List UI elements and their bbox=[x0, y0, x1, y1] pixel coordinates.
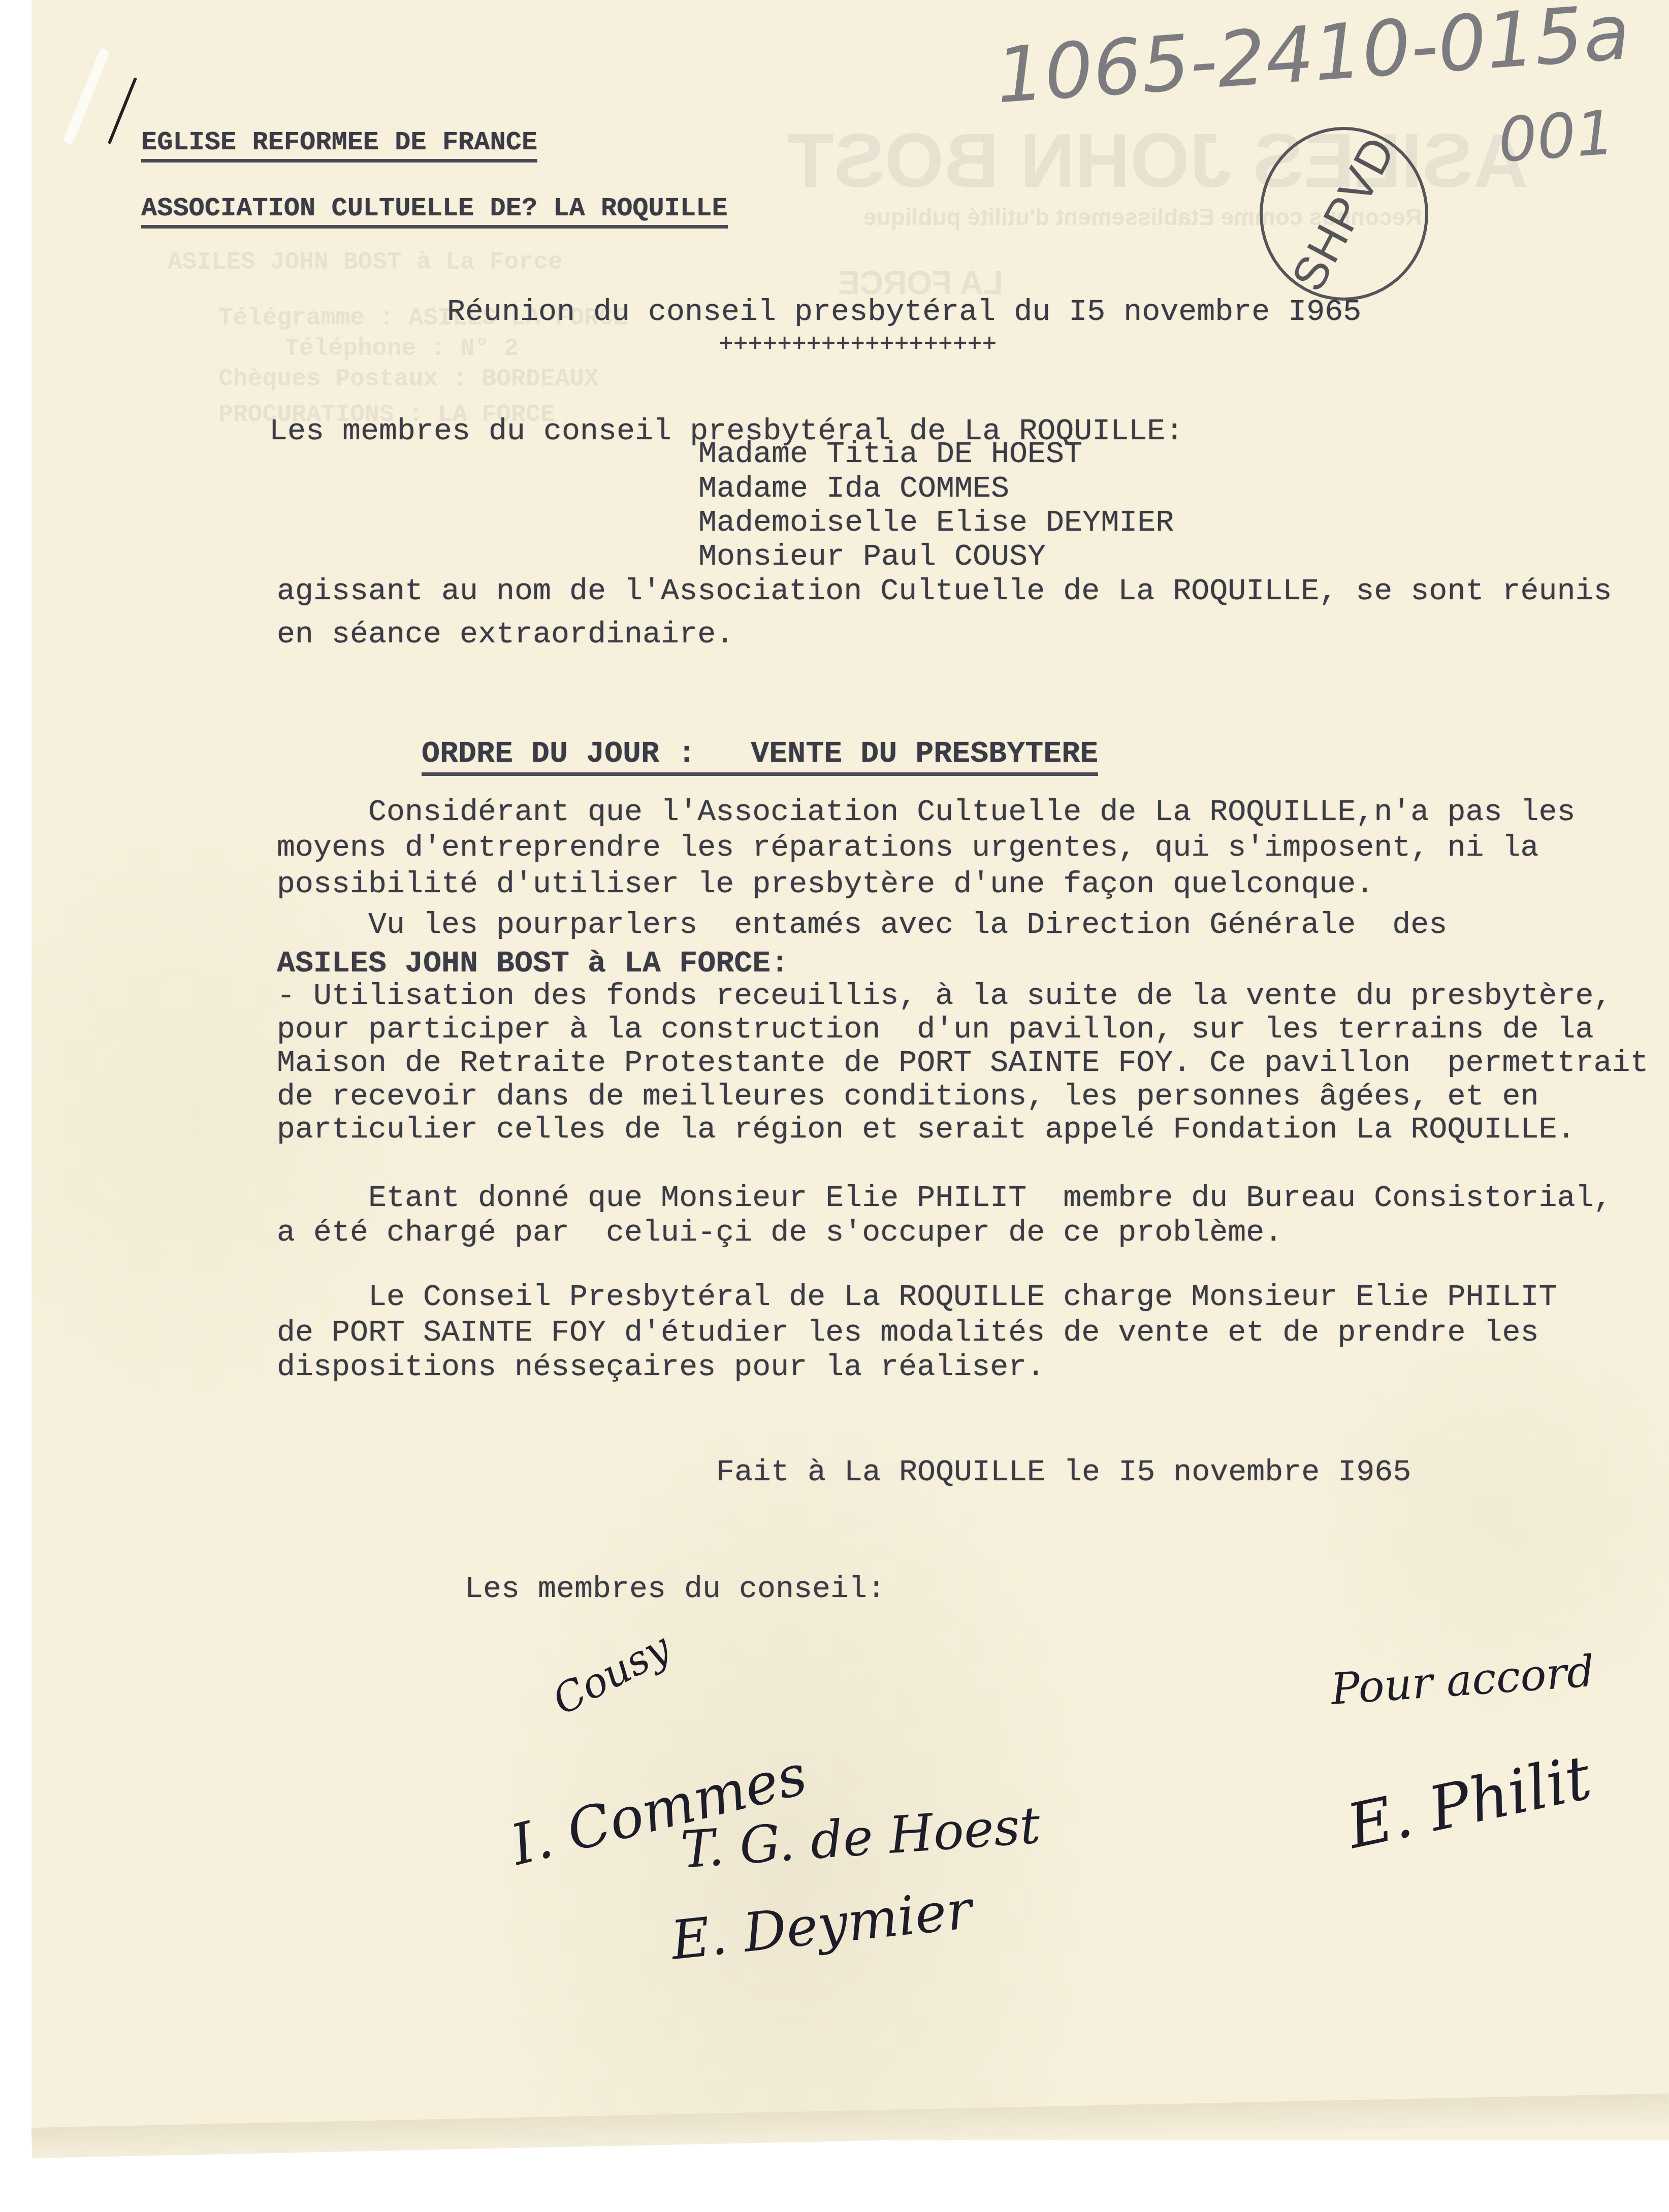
page-number: 001 bbox=[1496, 97, 1617, 176]
paragraph-line: ASILES JOHN BOST à LA FORCE: bbox=[277, 949, 789, 979]
letterhead-showthrough-line: Téléphone : N° 2 bbox=[284, 335, 519, 363]
paragraph-line: Maison de Retraite Protestante de PORT S… bbox=[277, 1048, 1648, 1079]
acting-line: en séance extraordinaire. bbox=[277, 620, 734, 650]
member-item: Monsieur Paul COUSY bbox=[698, 542, 1046, 572]
paragraph-line: de PORT SAINTE FOY d'étudier les modalit… bbox=[277, 1318, 1538, 1348]
acting-line: agissant au nom de l'Association Cultuel… bbox=[277, 576, 1612, 607]
document-title: Réunion du conseil presbytéral du I5 nov… bbox=[447, 297, 1361, 328]
header-association: ASSOCIATION CULTUELLE DE? LA ROQUILLE bbox=[141, 196, 728, 229]
paragraph-line: possibilité d'utiliser le presbytère d'u… bbox=[277, 869, 1374, 900]
agenda-label-text: ORDRE DU JOUR : bbox=[422, 737, 696, 771]
paragraph-line: pour participer à la construction d'un p… bbox=[277, 1015, 1593, 1045]
paragraph-line: a été chargé par celui-çi de s'occuper d… bbox=[277, 1218, 1282, 1248]
letterhead-showthrough-line: Chèques Postaux : BORDEAUX bbox=[218, 366, 599, 393]
place-date: Fait à La ROQUILLE le I5 novembre I965 bbox=[716, 1457, 1411, 1488]
member-item: Madame Titia DE HOEST bbox=[698, 439, 1082, 470]
header-church: EGLISE REFORMEE DE FRANCE bbox=[141, 129, 537, 162]
paragraph-line: dispositions nésseçaires pour la réalise… bbox=[277, 1352, 1045, 1383]
paragraph-line: moyens d'entreprendre les réparations ur… bbox=[277, 833, 1538, 863]
paragraph-line: Etant donné que Monsieur Elie PHILIT mem… bbox=[277, 1183, 1612, 1214]
paragraph-line: de recevoir dans de meilleures condition… bbox=[277, 1082, 1538, 1112]
stamp-label: SHPVD bbox=[1281, 128, 1406, 300]
paragraph-line: particulier celles de la région et serai… bbox=[277, 1115, 1575, 1145]
paragraph-line: - Utilisation des fonds receuillis, à la… bbox=[277, 981, 1612, 1012]
archive-stamp: SHPVD bbox=[1260, 127, 1428, 301]
paragraph-line: Considérant que l'Association Cultuelle … bbox=[277, 797, 1575, 828]
agenda-label: ORDRE DU JOUR : VENTE DU PRESBYTERE bbox=[422, 739, 1098, 776]
letterhead-showthrough-line: ASILES JOHN BOST à La Force bbox=[168, 249, 563, 276]
member-item: Mademoiselle Elise DEYMIER bbox=[698, 508, 1174, 538]
paragraph-line: Le Conseil Presbytéral de La ROQUILLE ch… bbox=[277, 1282, 1557, 1313]
signatories-label: Les membres du conseil: bbox=[465, 1574, 885, 1605]
member-item: Madame Ida COMMES bbox=[698, 474, 1009, 504]
agenda-value: VENTE DU PRESBYTERE bbox=[751, 737, 1098, 771]
paragraph-line: Vu les pourparlers entamés avec la Direc… bbox=[277, 910, 1447, 940]
title-rule: +++++++++++++++++++ bbox=[719, 333, 997, 357]
